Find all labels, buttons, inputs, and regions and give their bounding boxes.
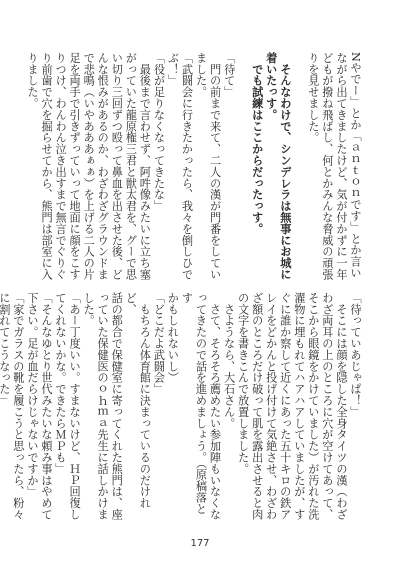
text-column: りを見せました。 bbox=[306, 52, 320, 284]
text-column: ざ額のところだけ破って肌を露出させると肉 bbox=[250, 292, 264, 524]
text-column: てくれないかな。できたらＭＰも」 bbox=[53, 292, 67, 524]
text-column: の文字を書きこんで放置しました。 bbox=[236, 292, 250, 524]
page-number: 177 bbox=[0, 538, 400, 549]
text-column: 「どこだよ武闘会」 bbox=[151, 292, 165, 524]
text-column: 濯物に埋もれてハアハアしていましたが、す bbox=[292, 292, 306, 524]
text-column: 「武闘会に行きたかったら、我々を倒しひで bbox=[179, 52, 193, 284]
text-column: い切り三回ずつ殴って鼻血を出させた後、ど bbox=[109, 52, 123, 284]
text-column: りつけ、わんわん泣き出すまで無言でぐりぐ bbox=[53, 52, 67, 284]
text-column: さて、そろそろ薦めたい参加陣もいなくな bbox=[207, 292, 221, 524]
text-column: 足を両手で引きずっていって地面に顔をこす bbox=[67, 52, 81, 284]
bold-text-column: そんなわけで、シンデレラは無事にお城に bbox=[278, 52, 292, 284]
text-column: 「家でガラスの靴を履こうと思ったら、粉々 bbox=[11, 292, 25, 524]
text-column: 門の前まで来て、二人の漢が門番をしてい bbox=[208, 52, 222, 284]
bold-text-column: 着いたっす。 bbox=[264, 52, 278, 284]
bottom-text-tier: 「待っていあじゃぱ！」 そこには顔を隠した全身タイツの漢（わざ わざ両耳の上のと… bbox=[24, 292, 362, 524]
text-column: 話の都合で保健室に寄ってくれた熊門は、座 bbox=[109, 292, 123, 524]
text-column: もちろん体育館に決まっているのだけれど、 bbox=[123, 292, 151, 524]
text-column: そこには顔を隠した全身タイツの漢（わざ bbox=[334, 292, 348, 524]
text-column: どもが撥ね飛ばし、何とかみんな脅威の頑張 bbox=[320, 52, 334, 284]
text-column: さようなら、大石さん。 bbox=[222, 292, 236, 524]
blank-line bbox=[292, 52, 306, 284]
text-column: 「待て」 bbox=[222, 52, 236, 284]
text-column: 最後まで言わせず、阿吽像みたいに立ち塞 bbox=[137, 52, 151, 284]
text-column: ぶ！」 bbox=[165, 52, 179, 284]
text-column: ぐに誰か察して近くにあった五十キロの鉄ア bbox=[278, 292, 292, 524]
text-column: ながら出てきましたけど、気が付かずに一年 bbox=[334, 52, 348, 284]
top-text-tier: Nやでー」とか「ａｎｔｏｎです」とか言い ながら出てきましたけど、気が付かずに一… bbox=[24, 52, 362, 284]
text-column: した。 bbox=[81, 292, 95, 524]
text-column: 「あー丁度いい。すまないけど、ＨＰ回復し bbox=[67, 292, 81, 524]
text-column: り前歯で穴を掘らせてから、熊門は部室に入 bbox=[39, 52, 53, 284]
text-column: 「そんなゆとり世代みたいな頼み事はやめて bbox=[39, 292, 53, 524]
text-column: んな恨みがあるのか、わざわざグラウンドま bbox=[95, 52, 109, 284]
text-column: っていた保健医のｏｈｍａ先生に話しかけま bbox=[95, 292, 109, 524]
text-column: 下さい。足が血だらけじゃないですか」 bbox=[25, 292, 39, 524]
text-column: ました。 bbox=[194, 52, 208, 284]
text-column: そこから眼鏡をかけていました）が汚れた洗 bbox=[306, 292, 320, 524]
text-column: かもしれないし） bbox=[165, 292, 179, 524]
text-column: 「役が足りなくなってきたな」 bbox=[151, 52, 165, 284]
text-column: Nやでー」とか「ａｎｔｏｎです」とか言い bbox=[348, 52, 362, 284]
text-column: レイをどかんと投げ付けて気絶させ、わざわ bbox=[264, 292, 278, 524]
text-column: りました。 bbox=[25, 52, 39, 284]
text-column: で悲鳴（いやあああぁぁ）を上げる二人の片 bbox=[81, 52, 95, 284]
text-column: に割れてこうなった」 bbox=[0, 292, 11, 524]
text-column: ってきたので話を進めましょう。（原稿落とす bbox=[179, 292, 207, 524]
blank-line bbox=[236, 52, 250, 284]
text-column: 「待っていあじゃぱ！」 bbox=[348, 292, 362, 524]
text-column: わざ両耳の上のところに穴が空けてあって、 bbox=[320, 292, 334, 524]
text-column: がっていた龍原権三君と獣太君を、グーで思 bbox=[123, 52, 137, 284]
bold-text-column: でも試練はここからだったっす。 bbox=[250, 52, 264, 284]
